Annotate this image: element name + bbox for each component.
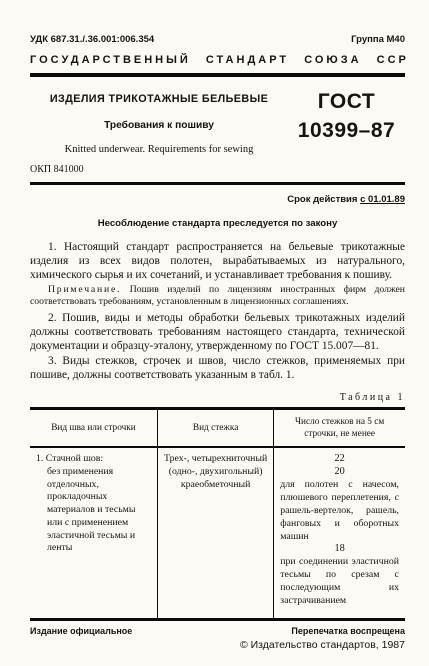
document-meta-row: УДК 687.31./.36.001:006.354 Группа М40 <box>30 34 405 45</box>
footer-row: Издание официальное Перепечатка воспреще… <box>30 626 405 636</box>
col-header-seam-type: Вид шва или строчки <box>30 408 158 447</box>
stitch-requirements-table: Вид шва или строчки Вид стежка Число сте… <box>30 407 405 621</box>
table-header-row: Вид шва или строчки Вид стежка Число сте… <box>30 408 405 447</box>
col-header-stitch-type: Вид стежка <box>158 408 274 447</box>
col-header-stitch-count: Число стежков на 5 см строчки, не менее <box>274 408 405 447</box>
official-edition-label: Издание официальное <box>30 626 132 636</box>
validity-label: Срок действия <box>287 194 357 205</box>
udk-code: УДК 687.31./.36.001:006.354 <box>30 34 154 45</box>
copyright-line: © Издательство стандартов, 1987 <box>30 639 405 651</box>
title-section: ИЗДЕЛИЯ ТРИКОТАЖНЫЕ БЕЛЬЕВЫЕ Требования … <box>30 83 405 155</box>
document-title-ru: ИЗДЕЛИЯ ТРИКОТАЖНЫЕ БЕЛЬЕВЫЕ <box>30 93 288 105</box>
table-row: 1. Стачной шов: без применения отделочны… <box>30 447 405 620</box>
gost-document-page: УДК 687.31./.36.001:006.354 Группа М40 Г… <box>0 0 429 666</box>
gost-number-block: ГОСТ 10399–87 <box>288 83 405 155</box>
okp-code: ОКП 841000 <box>30 164 405 175</box>
group-code: Группа М40 <box>351 34 405 45</box>
divider-top <box>30 73 405 77</box>
count-value-1: 22 <box>280 453 399 466</box>
title-left-column: ИЗДЕЛИЯ ТРИКОТАЖНЫЕ БЕЛЬЕВЫЕ Требования … <box>30 83 288 155</box>
count-value-2: 20 <box>280 466 399 479</box>
gost-label: ГОСТ <box>288 87 405 116</box>
seam-title: 1. Стачной шов: <box>36 453 151 466</box>
seam-detail: без применения отделочных, прокладочных … <box>36 466 151 555</box>
state-standard-heading: ГОСУДАРСТВЕННЫЙ СТАНДАРТ СОЮЗА ССР <box>30 54 405 66</box>
stitch-type-cell: Трех-, четырехниточный (одно-, двухиголь… <box>158 447 274 620</box>
divider-title <box>30 182 405 185</box>
document-subtitle-ru: Требования к пошиву <box>30 120 288 131</box>
count-note-1: для полотен с начесом, плюшевого перепле… <box>280 479 399 544</box>
count-note-2: при соединении эластичной тесьмы по срез… <box>280 556 399 608</box>
validity-line: Срок действия с 01.01.89 <box>30 194 405 205</box>
paragraph-2: 2. Пошив, виды и методы обработки бельев… <box>30 311 405 353</box>
note-paragraph: Примечание. Пошив изделий по лицензиям и… <box>30 284 405 309</box>
seam-type-cell: 1. Стачной шов: без применения отделочны… <box>30 447 158 620</box>
gost-number: 10399–87 <box>288 116 405 145</box>
stitch-count-cell: 22 20 для полотен с начесом, плюшевого п… <box>274 447 405 620</box>
table-caption: Таблица 1 <box>30 392 405 403</box>
paragraph-3: 3. Виды стежков, строчек и швов, число с… <box>30 354 405 382</box>
validity-date: с 01.01.89 <box>360 194 405 205</box>
body-text: 1. Настоящий стандарт распространяется н… <box>30 240 405 382</box>
note-label: Примечание. <box>48 284 121 295</box>
law-notice: Несоблюдение стандарта преследуется по з… <box>30 218 405 229</box>
reprint-forbidden-label: Перепечатка воспрещена <box>291 626 405 636</box>
count-value-3: 18 <box>280 543 399 556</box>
document-title-en: Knitted underwear. Requirements for sewi… <box>30 144 288 155</box>
paragraph-1: 1. Настоящий стандарт распространяется н… <box>30 240 405 282</box>
